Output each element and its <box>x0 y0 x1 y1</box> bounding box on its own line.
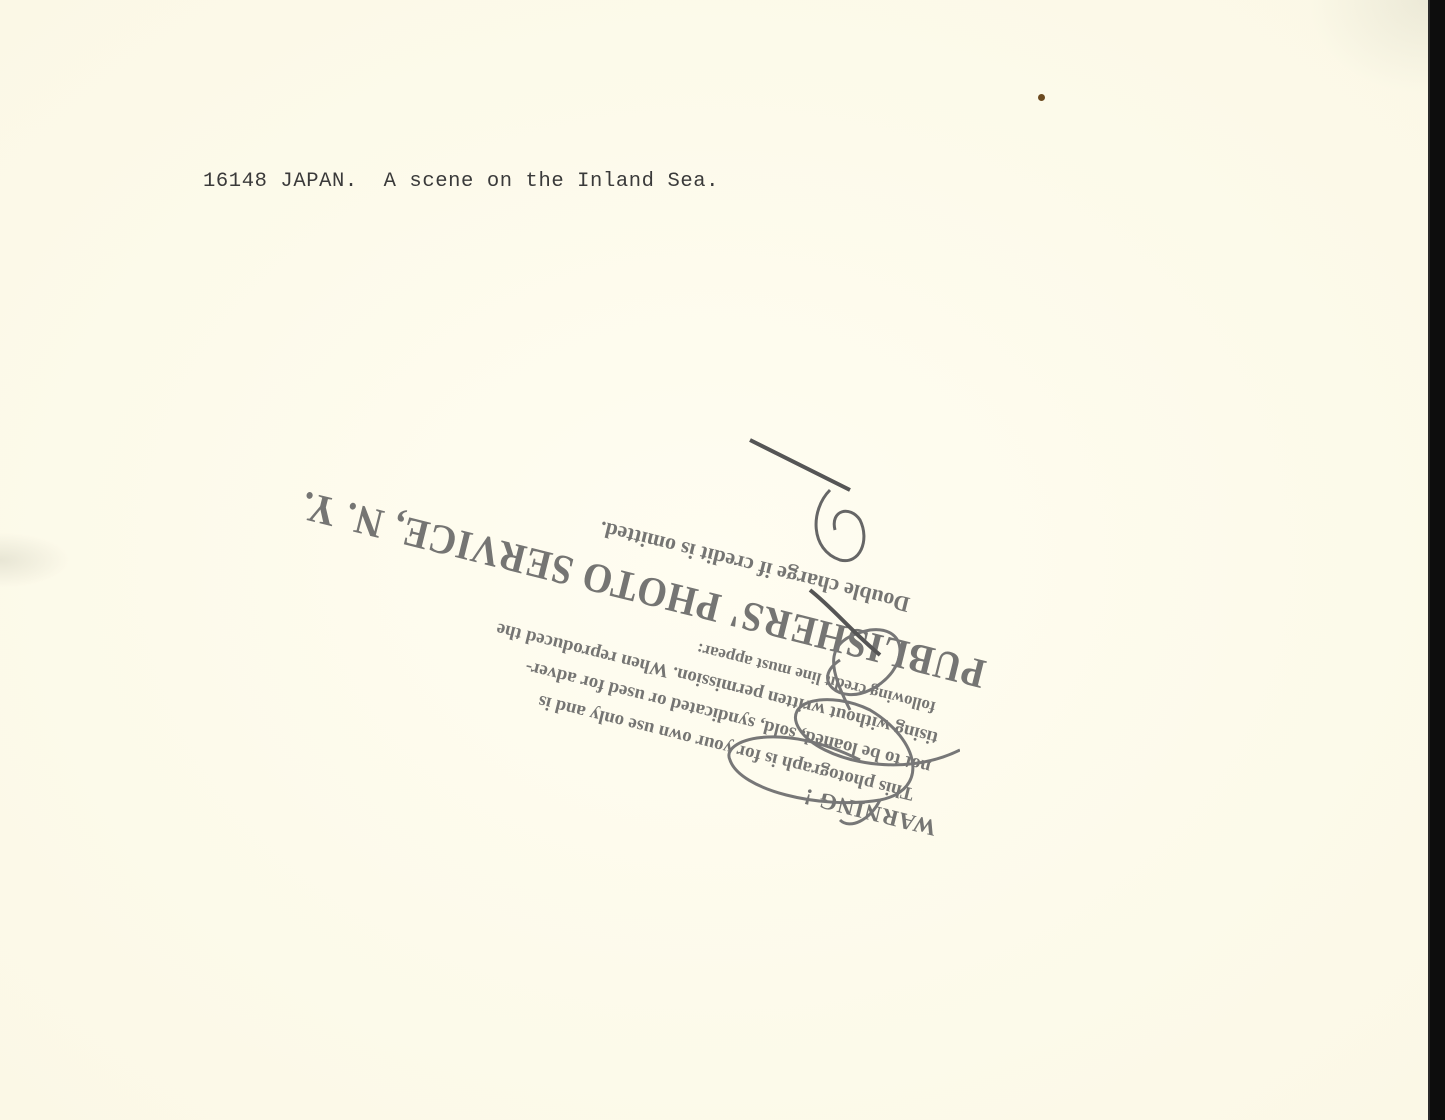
pencil-slashes <box>740 430 900 670</box>
typed-caption: 16148 JAPAN. A scene on the Inland Sea. <box>203 170 719 193</box>
ink-spot <box>1038 94 1045 101</box>
photo-back-sheet: 16148 JAPAN. A scene on the Inland Sea. … <box>0 0 1430 1120</box>
